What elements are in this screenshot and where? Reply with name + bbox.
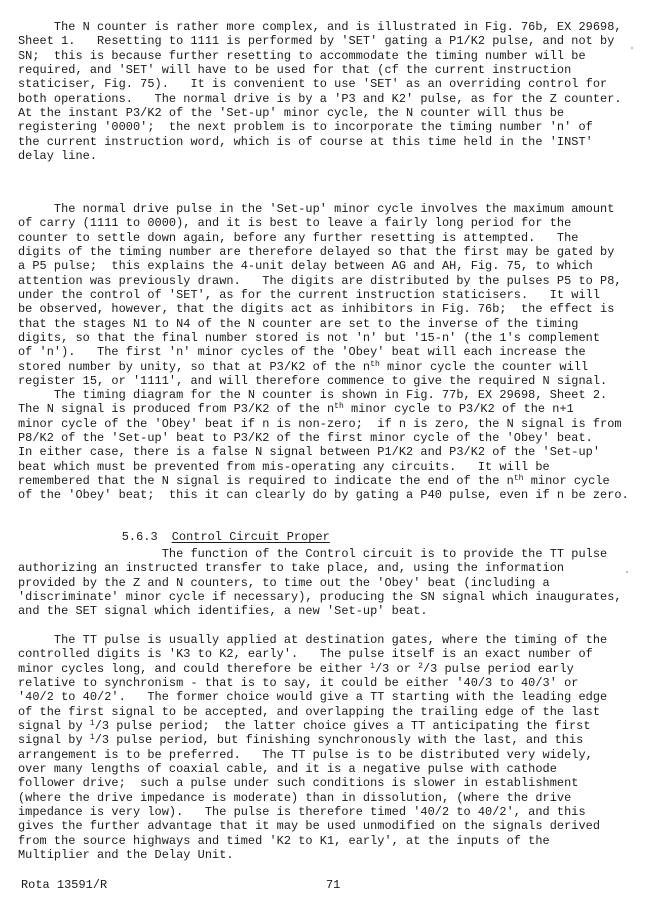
text-line: Sheet 1. Resetting to 1111 is performed … — [18, 34, 648, 48]
paragraph-normal-drive-pulse: The normal drive pulse in the 'Set-up' m… — [18, 202, 648, 388]
text-line: minor cycle of the 'Obey' beat if n is n… — [18, 417, 648, 431]
text-line: of 'n'). The first 'n' minor cycles of t… — [18, 345, 648, 359]
text-line: a P5 pulse; this explains the 4-unit del… — [18, 259, 648, 273]
text-line: The function of the Control circuit is t… — [18, 547, 648, 561]
text-line: minor cycles long, and could therefore b… — [18, 662, 648, 676]
text-line: both operations. The normal drive is by … — [18, 92, 648, 106]
paragraph-timing-diagram: The timing diagram for the N counter is … — [18, 388, 648, 503]
text-line: counter to settle down again, before any… — [18, 231, 648, 245]
text-line: register 15, or '1111', and will therefo… — [18, 374, 648, 388]
text-line: and the SET signal which identifies, a n… — [18, 604, 648, 618]
text-line: In either case, there is a false N signa… — [18, 445, 648, 459]
text-line: of the first signal to be accepted, and … — [18, 705, 648, 719]
text-line: signal by 1/3 pulse period, but finishin… — [18, 733, 648, 747]
text-line: provided by the Z and N counters, to tim… — [18, 576, 648, 590]
text-line: over many lengths of coaxial cable, and … — [18, 762, 648, 776]
text-line: signal by 1/3 pulse period; the latter c… — [18, 719, 648, 733]
text-line: be observed, however, that the digits ac… — [18, 302, 648, 316]
section-title: Control Circuit Proper — [172, 530, 330, 544]
text-line: of carry (1111 to 0000), and it is best … — [18, 216, 648, 230]
text-line: controlled digits is 'K3 to K2, early'. … — [18, 647, 648, 661]
text-line: of the 'Obey' beat; this it can clearly … — [18, 488, 648, 502]
text-line: '40/2 to 40/2'. The former choice would … — [18, 690, 648, 704]
text-line: follower drive; such a pulse under such … — [18, 776, 648, 790]
text-line: SN; this is because further resetting to… — [18, 49, 648, 63]
text-line: stored number by unity, so that at P3/K2… — [18, 360, 648, 374]
paragraph-tt-pulse: The TT pulse is usually applied at desti… — [18, 633, 648, 863]
text-line: The timing diagram for the N counter is … — [18, 388, 648, 402]
text-line: the current instruction word, which is o… — [18, 135, 648, 149]
text-line: beat which must be prevented from mis-op… — [18, 460, 648, 474]
document-page: The N counter is rather more complex, an… — [0, 0, 650, 904]
text-line: (where the drive impedance is moderate) … — [18, 791, 648, 805]
page-number: 71 — [326, 878, 340, 892]
paragraph-n-counter-intro: The N counter is rather more complex, an… — [18, 20, 648, 163]
text-line: from the source highways and timed 'K2 t… — [18, 834, 648, 848]
section-number: 5.6.3 — [122, 530, 172, 544]
text-line: The TT pulse is usually applied at desti… — [18, 633, 648, 647]
text-line: attention was previously drawn. The digi… — [18, 274, 648, 288]
scan-speck — [631, 47, 633, 49]
text-line: authorizing an instructed transfer to ta… — [18, 561, 648, 575]
text-line: staticiser, Fig. 75). It is convenient t… — [18, 77, 648, 91]
text-line: remembered that the N signal is required… — [18, 474, 648, 488]
text-line: The N signal is produced from P3/K2 of t… — [18, 402, 648, 416]
text-line: P8/K2 of the 'Set-up' beat to P3/K2 of t… — [18, 431, 648, 445]
text-line: digits, so that the final number stored … — [18, 331, 648, 345]
text-line: registering '0000'; the next problem is … — [18, 120, 648, 134]
text-line: The normal drive pulse in the 'Set-up' m… — [18, 202, 648, 216]
text-line: impedance is very low). The pulse is the… — [18, 805, 648, 819]
paragraph-control-circuit-function: The function of the Control circuit is t… — [18, 547, 648, 619]
text-line: Multiplier and the Delay Unit. — [18, 848, 648, 862]
scan-speck — [19, 52, 21, 54]
text-line: relative to synchronism - that is to say… — [18, 676, 648, 690]
footer-reference: Rota 13591/R — [21, 878, 107, 892]
text-line: digits of the timing number are therefor… — [18, 245, 648, 259]
text-line: 'discriminate' minor cycle if necessary)… — [18, 590, 648, 604]
text-line: gives the further advantage that it may … — [18, 819, 648, 833]
text-line: required, and 'SET' will have to be used… — [18, 63, 648, 77]
text-line: At the instant P3/K2 of the 'Set-up' min… — [18, 106, 648, 120]
scan-speck — [626, 571, 628, 573]
text-line: arrangement is to be preferred. The TT p… — [18, 748, 648, 762]
text-line: The N counter is rather more complex, an… — [18, 20, 648, 34]
text-line: that the stages N1 to N4 of the N counte… — [18, 317, 648, 331]
text-line: under the control of 'SET', as for the c… — [18, 288, 648, 302]
text-line: delay line. — [18, 149, 648, 163]
